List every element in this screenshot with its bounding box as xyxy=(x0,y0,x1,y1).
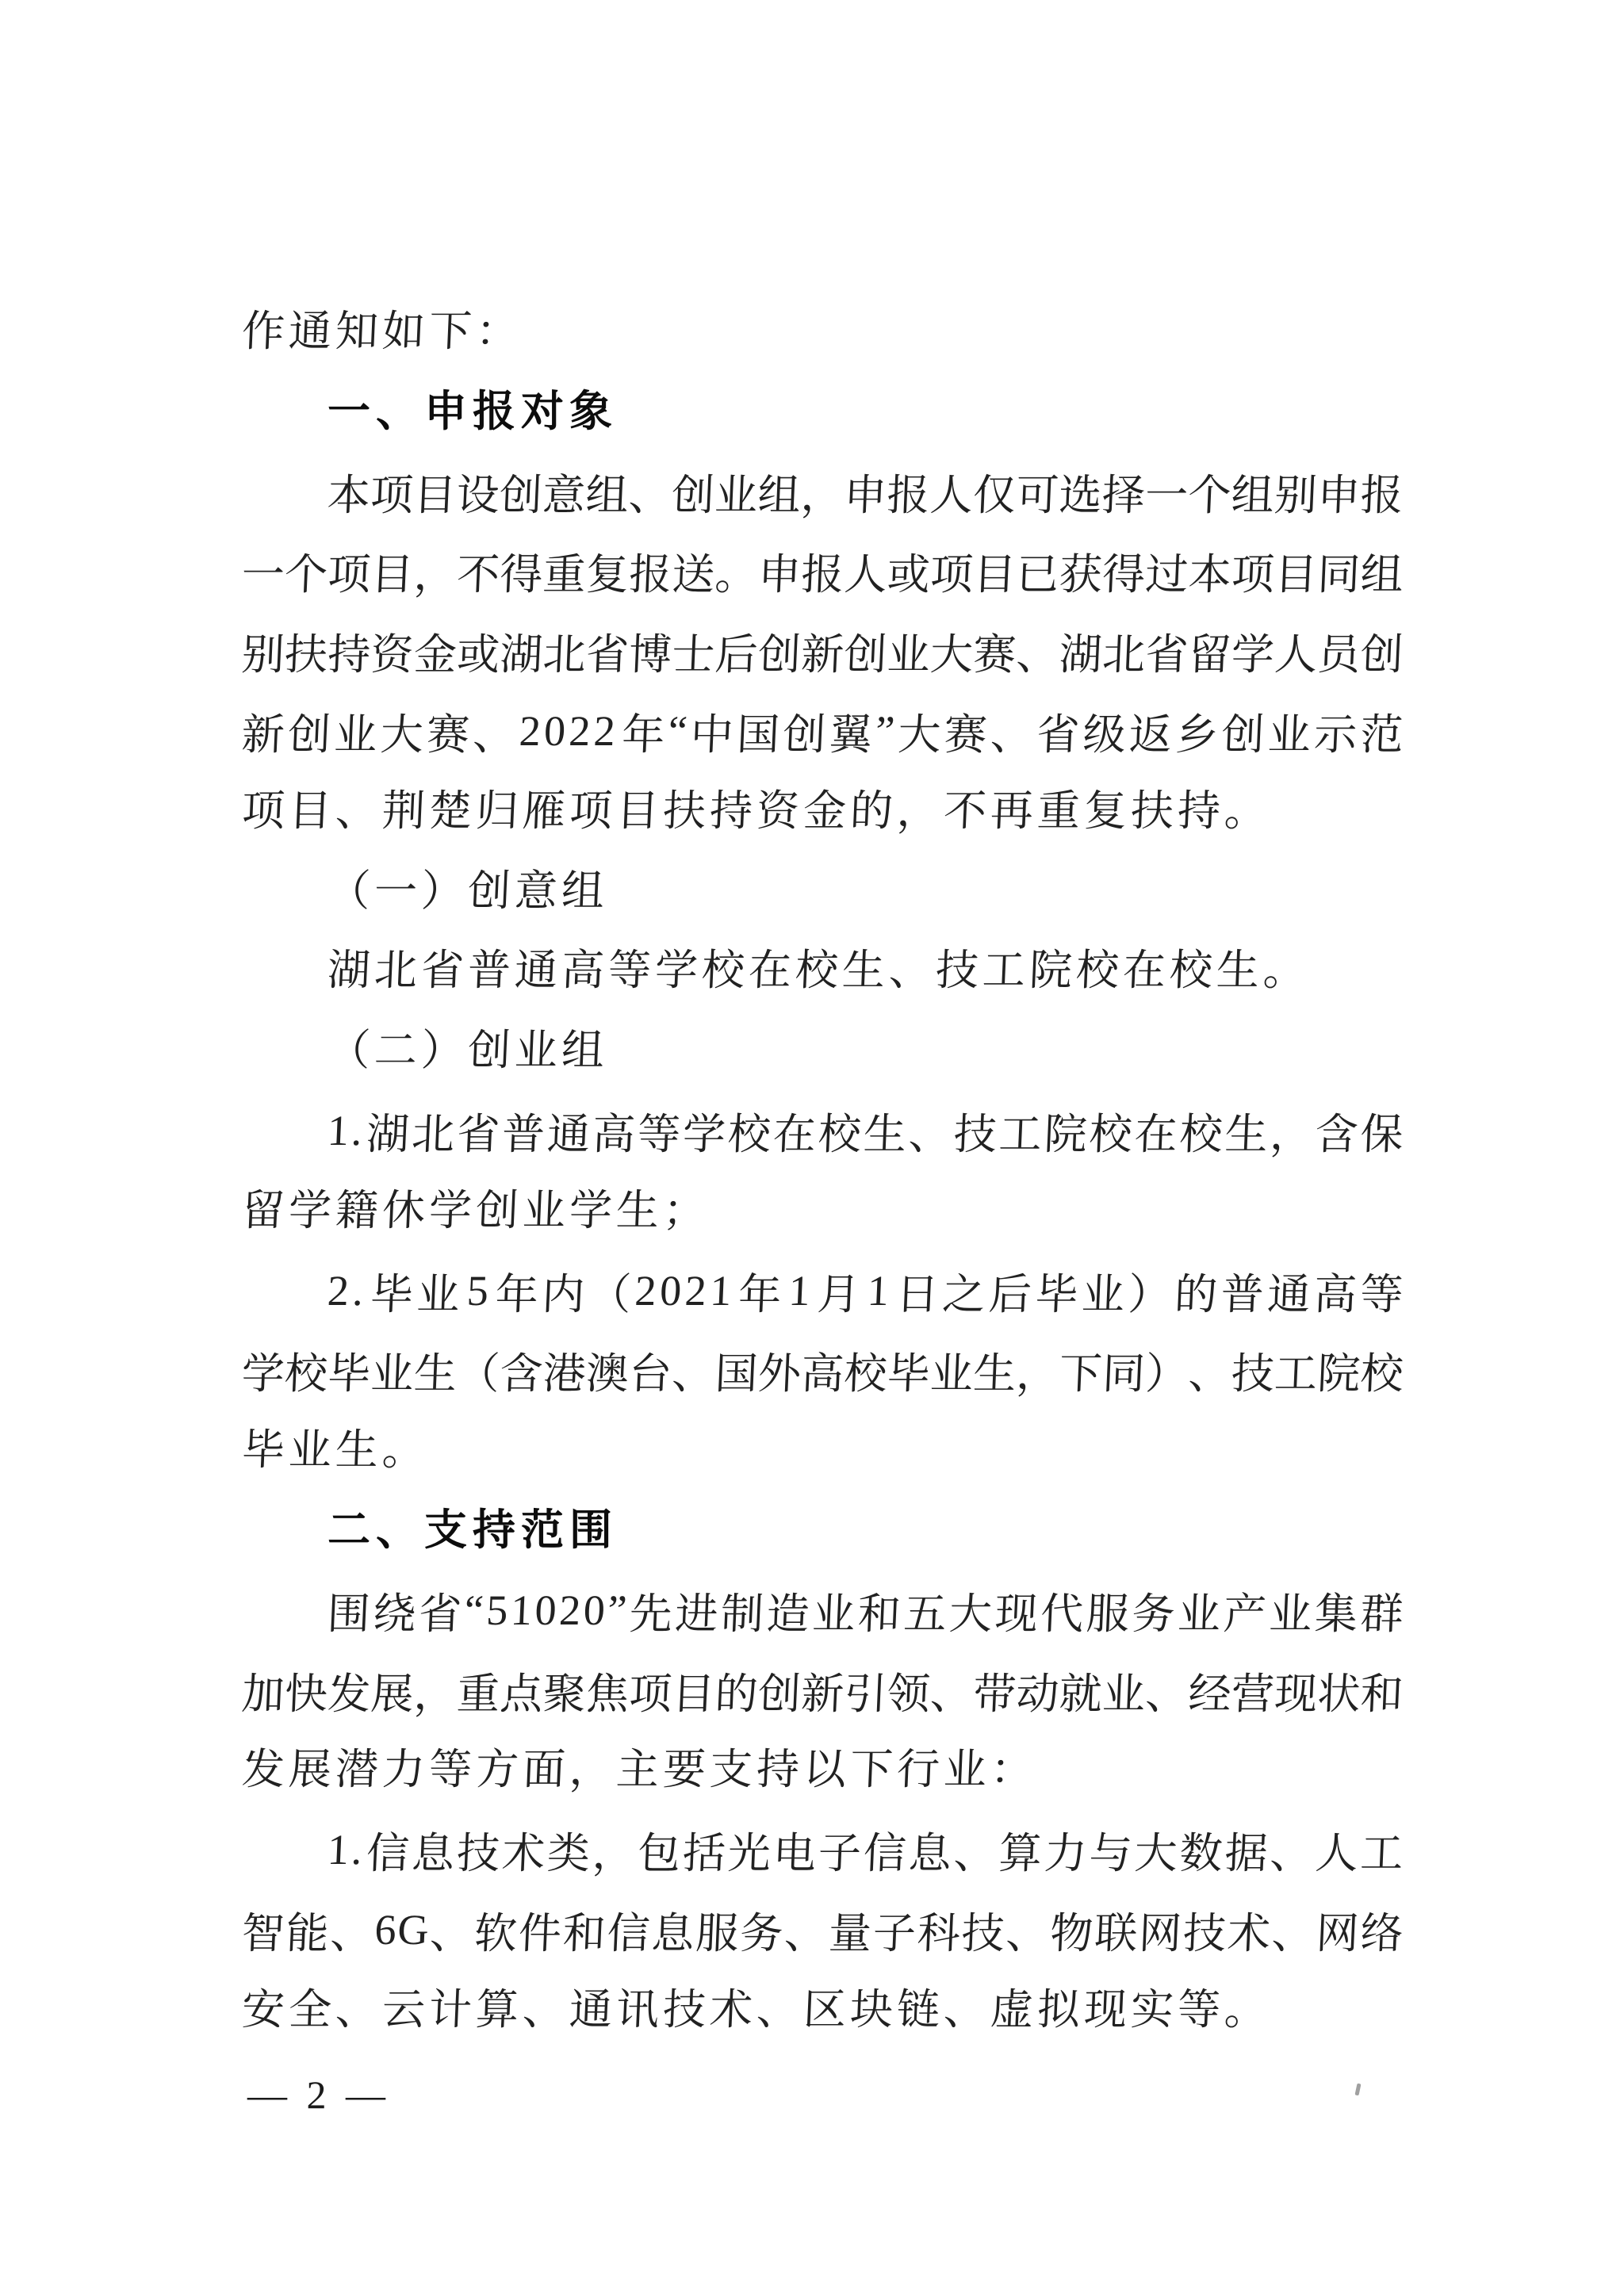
text-line: 发展潜力等方面，主要支持以下行业： xyxy=(240,1730,1405,1810)
text-line: 本项目设创意组、创业组，申报人仅可选择一个组别申报 xyxy=(240,452,1405,532)
text-line: 留学籍休学创业学生； xyxy=(240,1171,1405,1251)
text-line: 项目、荆楚归雁项目扶持资金的，不再重复扶持。 xyxy=(240,771,1405,851)
page-number: — 2 — xyxy=(247,2071,390,2118)
text-line: （二）创业组 xyxy=(240,1011,1405,1091)
scanned-document-page: 作通知如下：一、申报对象本项目设创意组、创业组，申报人仅可选择一个组别申报一个项… xyxy=(0,0,1624,2296)
text-line: 安全、云计算、通讯技术、区块链、虚拟现实等。 xyxy=(240,1970,1405,2050)
text-line: 学校毕业生（含港澳台、国外高校毕业生，下同）、技工院校 xyxy=(240,1330,1405,1410)
text-line: 加快发展，重点聚焦项目的创新引领、带动就业、经营现状和 xyxy=(240,1651,1405,1731)
text-line: 1. 湖北省普通高等学校在校生、技工院校在校生，含保 xyxy=(240,1091,1405,1171)
text-line: 一个项目，不得重复报送。申报人或项目已获得过本项目同组 xyxy=(240,531,1405,611)
text-line: 湖北省普通高等学校在校生、技工院校在校生。 xyxy=(240,931,1405,1011)
text-line: 围绕省“51020”先进制造业和五大现代服务业产业集群 xyxy=(240,1571,1405,1651)
text-line: 毕业生。 xyxy=(240,1410,1405,1490)
text-line: 1. 信息技术类，包括光电子信息、算力与大数据、人工 xyxy=(240,1810,1405,1890)
text-line: 二、支持范围 xyxy=(242,1490,1404,1571)
text-line: 一、申报对象 xyxy=(242,372,1404,452)
text-line: 作通知如下： xyxy=(240,292,1405,372)
scan-speck xyxy=(1354,2084,1361,2096)
text-line: 新创业大赛、2022 年“中国创翼”大赛、省级返乡创业示范 xyxy=(240,691,1405,771)
document-body: 作通知如下：一、申报对象本项目设创意组、创业组，申报人仅可选择一个组别申报一个项… xyxy=(242,292,1404,2050)
text-line: 2. 毕业 5 年内（2021 年 1 月 1 日之后毕业）的普通高等 xyxy=(240,1251,1405,1331)
text-line: 智能、6G、软件和信息服务、量子科技、物联网技术、网络 xyxy=(240,1890,1405,1970)
text-line: 别扶持资金或湖北省博士后创新创业大赛、湖北省留学人员创 xyxy=(240,611,1405,691)
text-line: （一）创意组 xyxy=(240,851,1405,932)
